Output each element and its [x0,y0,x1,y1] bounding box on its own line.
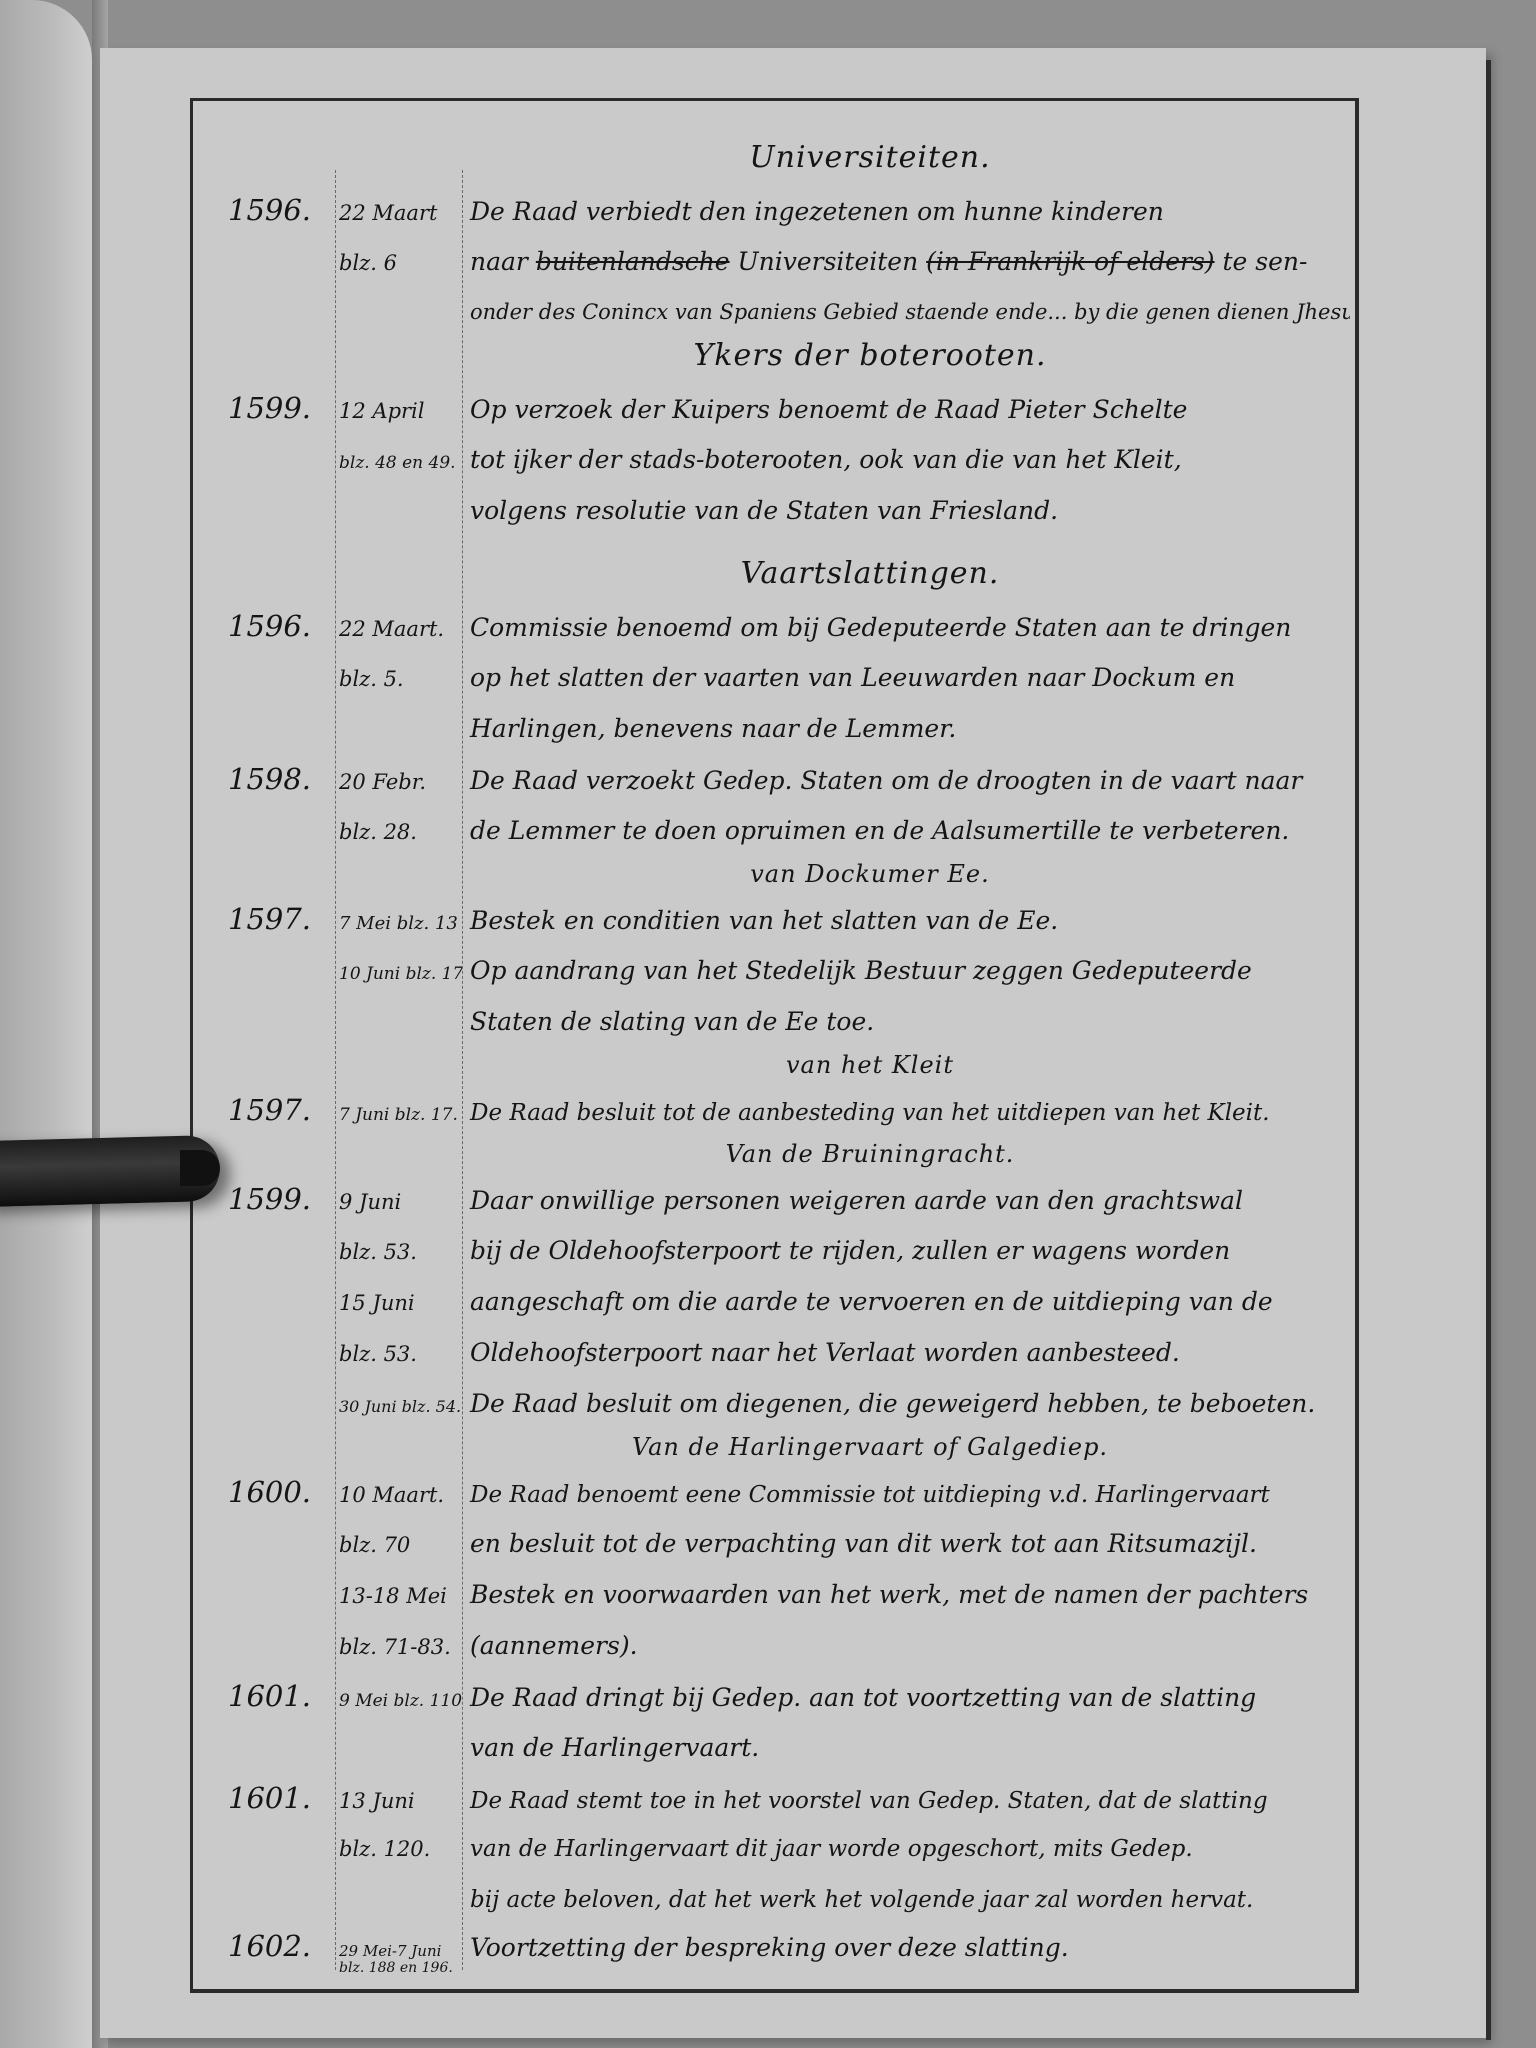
entry-1601-june: 1601. 13 Juni De Raad stemt toe in het v… [190,1773,1350,1926]
section-heading-ykers: Ykers der boterooten. [190,338,1350,373]
text-fragment: naar [470,247,536,276]
entry-date: 10 Juni blz. 17. [335,949,462,1000]
entry-line: blz. 53. Oldehoofsterpoort naar het Verl… [190,1327,1350,1378]
entry-line: 1601. 13 Juni De Raad stemt toe in het v… [190,1773,1350,1824]
entry-text: Oldehoofsterpoort naar het Verlaat worde… [462,1327,1350,1378]
entry-text: op het slatten der vaarten van Leeuwarde… [462,652,1350,703]
entry-text: Bestek en voorwaarden van het werk, met … [462,1569,1350,1620]
entry-line: 30 Juni blz. 54. De Raad besluit om dieg… [190,1378,1350,1429]
entry-page-ref: blz. 188 en 196. [335,1956,462,1980]
entry-page-ref: blz. 53. [335,1227,462,1278]
entry-line: Harlingen, benevens naar de Lemmer. [190,703,1350,754]
entry-page-ref: blz. 53. [335,1329,462,1380]
entry-line: 1601. 9 Mei blz. 110. De Raad dringt bij… [190,1671,1350,1722]
entry-page-ref: blz. 48 en 49. [335,438,462,489]
entry-line: blz. 5. op het slatten der vaarten van L… [190,652,1350,703]
entry-1601-may: 1601. 9 Mei blz. 110. De Raad dringt bij… [190,1671,1350,1773]
entry-text: volgens resolutie van de Staten van Frie… [462,485,1350,536]
entry-date: 30 Juni blz. 54. [335,1381,462,1432]
entry-text: naar buitenlandsche Universiteiten (in F… [462,236,1350,287]
entry-1597-kleit: 1597. 7 Juni blz. 17. De Raad besluit to… [190,1085,1350,1136]
entry-date: 22 Maart. [335,604,462,655]
text-fragment: te sen- [1215,247,1308,276]
entry-date: 15 Juni [335,1278,462,1329]
entry-line: blz. 120. van de Harlingervaart dit jaar… [190,1824,1350,1875]
section-heading-vaartslattingen: Vaartslattingen. [190,556,1350,591]
entry-date: 12 April [335,386,462,437]
entry-text: De Raad verbiedt den ingezetenen om hunn… [462,186,1350,237]
entry-date: 7 Mei blz. 13 [335,898,462,949]
facing-page-edge [0,0,92,2048]
entry-line: bij acte beloven, dat het werk het volge… [190,1875,1350,1926]
pen-tip [180,1150,220,1186]
entry-line: 1598. 20 Febr. De Raad verzoekt Gedep. S… [190,754,1350,805]
entry-1602: 1602. 29 Mei-7 Juni Voortzetting der bes… [190,1926,1350,1980]
entry-line: van de Harlingervaart. [190,1722,1350,1773]
entry-line: 1597. 7 Juni blz. 17. De Raad besluit to… [190,1085,1350,1136]
subheading-bruiningracht: Van de Bruiningracht. [190,1140,1350,1168]
entry-date: 13-18 Mei [335,1571,462,1622]
register-content: Universiteiten. 1596. 22 Maart De Raad v… [190,130,1350,1980]
entry-date: 9 Juni [335,1177,462,1228]
entry-text: tot ijker der stads-boterooten, ook van … [462,434,1350,485]
text-fragment: Universiteiten [730,247,927,276]
entry-year: 1596. [190,601,335,652]
entry-year: 1596. [190,185,335,236]
subheading-kleit: van het Kleit [190,1051,1350,1079]
entry-line: 1596. 22 Maart. Commissie benoemd om bij… [190,601,1350,652]
entry-line: blz. 48 en 49. tot ijker der stads-boter… [190,434,1350,485]
entry-year: 1600. [190,1467,335,1518]
entry-1597-dockumer-ee: 1597. 7 Mei blz. 13 Bestek en conditien … [190,894,1350,1047]
entry-text: van de Harlingervaart. [462,1722,1350,1773]
entry-1598-vaartslattingen: 1598. 20 Febr. De Raad verzoekt Gedep. S… [190,754,1350,856]
entry-text: De Raad besluit tot de aanbesteding van … [462,1088,1350,1139]
entry-page-ref: blz. 71-83. [335,1622,462,1673]
entry-text: Bestek en conditien van het slatten van … [462,895,1350,946]
entry-text: Commissie benoemd om bij Gedeputeerde St… [462,602,1350,653]
entry-line: Staten de slating van de Ee toe. [190,996,1350,1047]
entry-date: 13 Juni [335,1776,462,1827]
entry-date: 9 Mei blz. 110. [335,1676,462,1727]
entry-date: 10 Maart. [335,1470,462,1521]
page-edge-shadow [1486,60,1491,2040]
entry-text: Op aandrang van het Stedelijk Bestuur ze… [462,945,1350,996]
entry-line: 1596. 22 Maart De Raad verbiedt den inge… [190,185,1350,236]
section-heading-universiteiten: Universiteiten. [190,140,1350,175]
entry-page-ref: blz. 70 [335,1520,462,1571]
entry-text: bij acte beloven, dat het werk het volge… [462,1875,1350,1926]
entry-date: 7 Juni blz. 17. [335,1090,462,1141]
entry-text: de Lemmer te doen opruimen en de Aalsume… [462,805,1350,856]
entry-1599-ykers: 1599. 12 April Op verzoek der Kuipers be… [190,383,1350,536]
entry-page-ref: blz. 120. [335,1824,462,1875]
entry-text: De Raad stemt toe in het voorstel van Ge… [462,1776,1350,1827]
subheading-dockumer-ee: van Dockumer Ee. [190,860,1350,888]
entry-page-ref: blz. 28. [335,807,462,858]
entry-text: bij de Oldehoofsterpoort te rijden, zull… [462,1225,1350,1276]
entry-line: 10 Juni blz. 17. Op aandrang van het Ste… [190,945,1350,996]
struck-text: (in Frankrijk of elders) [926,247,1214,276]
entry-page-ref: blz. 6 [335,238,462,289]
entry-1600-harlingervaart: 1600. 10 Maart. De Raad benoemt eene Com… [190,1467,1350,1671]
entry-date: 20 Febr. [335,757,462,808]
subheading-harlingervaart: Van de Harlingervaart of Galgediep. [190,1433,1350,1461]
entry-year: 1597. [190,894,335,945]
entry-year: 1602. [190,1926,335,1966]
entry-year: 1601. [190,1671,335,1722]
entry-text: Harlingen, benevens naar de Lemmer. [462,703,1350,754]
entry-line: onder des Conincx van Spaniens Gebied st… [190,287,1350,338]
entry-date: 22 Maart [335,188,462,239]
entry-text: van de Harlingervaart dit jaar worde opg… [462,1824,1350,1875]
entry-text: De Raad besluit om diegenen, die geweige… [462,1378,1350,1429]
entry-line: blz. 6 naar buitenlandsche Universiteite… [190,236,1350,287]
entry-line: blz. 53. bij de Oldehoofsterpoort te rij… [190,1225,1350,1276]
entry-1596-vaartslattingen: 1596. 22 Maart. Commissie benoemd om bij… [190,601,1350,754]
entry-year: 1601. [190,1773,335,1824]
entry-1596-universiteiten: 1596. 22 Maart De Raad verbiedt den inge… [190,185,1350,338]
entry-year: 1598. [190,754,335,805]
entry-line: volgens resolutie van de Staten van Frie… [190,485,1350,536]
entry-1599-bruiningracht: 1599. 9 Juni Daar onwillige personen wei… [190,1174,1350,1429]
entry-year: 1599. [190,383,335,434]
entry-text: Op verzoek der Kuipers benoemt de Raad P… [462,384,1350,435]
entry-line: blz. 71-83. (aannemers). [190,1620,1350,1671]
entry-text: aangeschaft om die aarde te vervoeren en… [462,1276,1350,1327]
entry-line: 13-18 Mei Bestek en voorwaarden van het … [190,1569,1350,1620]
entry-text: en besluit tot de verpachting van dit we… [462,1518,1350,1569]
entry-text: De Raad dringt bij Gedep. aan tot voortz… [462,1672,1350,1723]
entry-line: 1599. 12 April Op verzoek der Kuipers be… [190,383,1350,434]
entry-line: 1600. 10 Maart. De Raad benoemt eene Com… [190,1467,1350,1518]
entry-year: 1597. [190,1085,335,1136]
entry-line: blz. 28. de Lemmer te doen opruimen en d… [190,805,1350,856]
entry-text: Daar onwillige personen weigeren aarde v… [462,1175,1350,1226]
entry-page-ref: blz. 5. [335,654,462,705]
entry-line: 1599. 9 Juni Daar onwillige personen wei… [190,1174,1350,1225]
entry-line: 1602. 29 Mei-7 Juni Voortzetting der bes… [190,1926,1350,1956]
entry-line: blz. 70 en besluit tot de verpachting va… [190,1518,1350,1569]
struck-text: buitenlandsche [536,247,730,276]
entry-line: 1597. 7 Mei blz. 13 Bestek en conditien … [190,894,1350,945]
entry-line: 15 Juni aangeschaft om die aarde te verv… [190,1276,1350,1327]
entry-text: De Raad benoemt eene Commissie tot uitdi… [462,1470,1350,1521]
entry-text: Voortzetting der bespreking over deze sl… [462,1928,1350,1968]
entry-text: onder des Conincx van Spaniens Gebied st… [462,287,1350,338]
entry-text: Staten de slating van de Ee toe. [462,996,1350,1047]
entry-text: (aannemers). [462,1620,1350,1671]
entry-text: De Raad verzoekt Gedep. Staten om de dro… [462,755,1350,806]
